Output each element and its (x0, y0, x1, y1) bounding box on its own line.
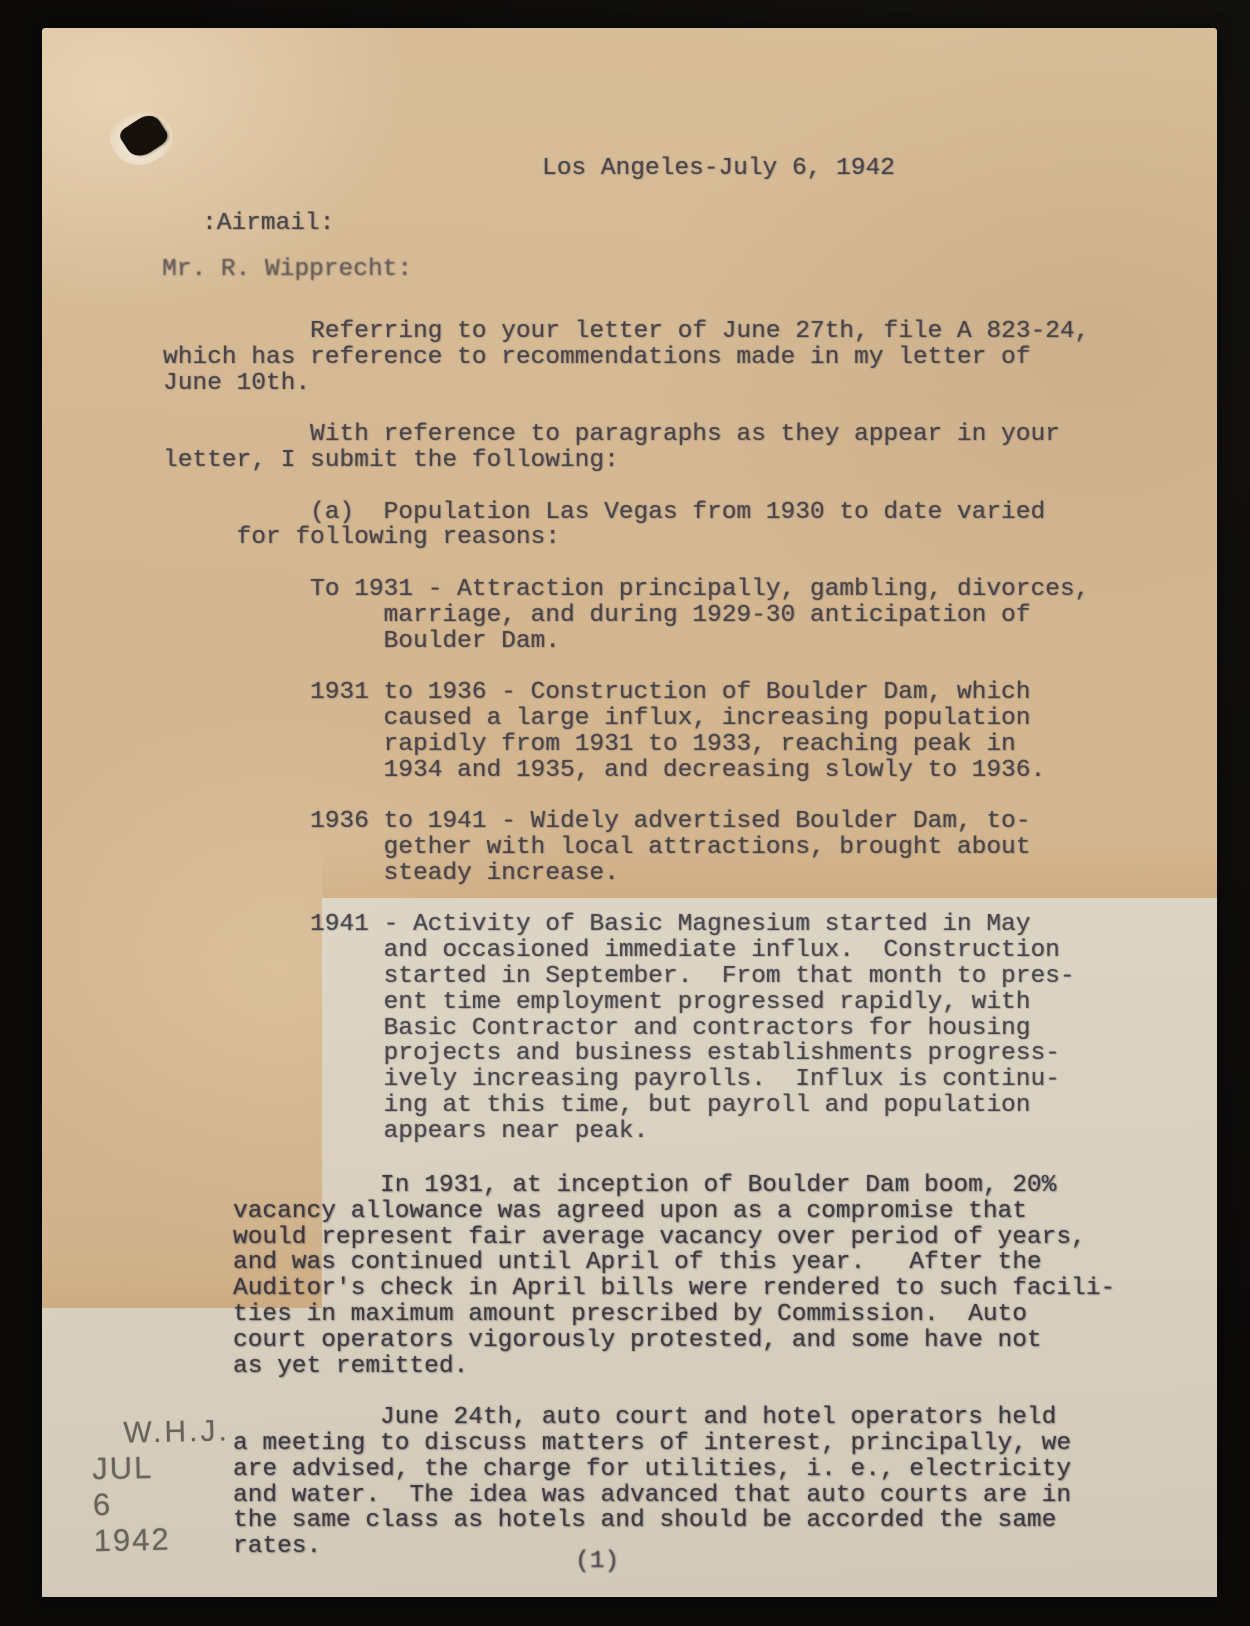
airmail-label: :Airmail: (202, 211, 334, 237)
letter-page: Los Angeles-July 6, 1942 :Airmail: Mr. R… (42, 28, 1217, 1597)
page-number: (1) (575, 1549, 619, 1575)
stamp-initials: W.H.J. (123, 1414, 230, 1450)
salutation: Mr. R. Wipprecht: (162, 257, 412, 283)
stamp-date: JUL 6 1942 (92, 1450, 171, 1560)
letter-body-part-2: In 1931, at inception of Boulder Dam boo… (233, 1173, 1115, 1560)
date-line: Los Angeles-July 6, 1942 (542, 156, 895, 182)
letter-body-part-1: Referring to your letter of June 27th, f… (163, 319, 1089, 1145)
